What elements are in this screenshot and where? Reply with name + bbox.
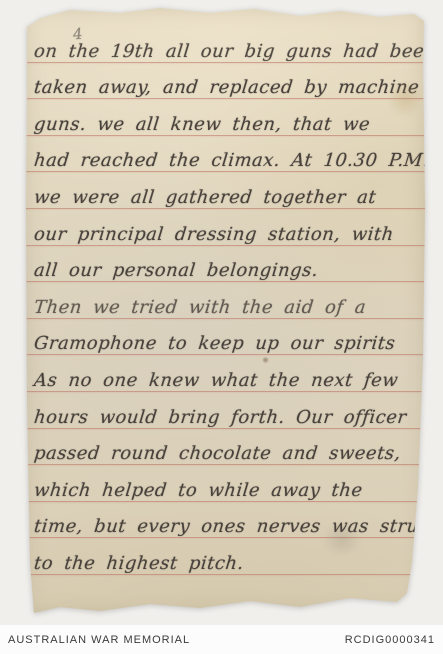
ruled-line: Gramophone to keep up our spirits: [24, 319, 425, 356]
handwritten-line: As no one knew what the next few: [33, 371, 399, 391]
handwritten-line: hours would bring forth. Our officer: [33, 408, 408, 428]
handwritten-line: Gramophone to keep up our spirits: [33, 334, 396, 354]
handwritten-line: which helped to while away the: [33, 481, 364, 501]
ruled-line: to the highest pitch.: [24, 538, 425, 575]
footer-caption-bar: AUSTRALIAN WAR MEMORIAL RCDIG0000341: [0, 625, 443, 654]
ruled-line: all our personal belongings.: [24, 246, 425, 283]
handwritten-line: our principal dressing station, with: [33, 225, 395, 245]
handwritten-line: on the 19th all our big guns had been: [33, 42, 437, 62]
ruled-line: As no one knew what the next few: [24, 355, 425, 392]
handwritten-line: taken away, and replaced by machine: [33, 78, 420, 98]
ruled-lines-area: on the 19th all our big guns had been ta…: [24, 26, 425, 575]
handwritten-line: guns. we all knew then, that we: [33, 115, 371, 135]
ruled-line: guns. we all knew then, that we: [24, 99, 425, 136]
ruled-line: our principal dressing station, with: [24, 209, 425, 246]
ruled-line: which helped to while away the: [24, 465, 425, 502]
handwritten-line: Then we tried with the aid of a: [33, 298, 367, 318]
handwritten-line: we were all gathered together at: [33, 188, 377, 208]
ruled-line: we were all gathered together at: [24, 172, 425, 209]
handwritten-line: to the highest pitch.: [33, 554, 245, 574]
ruled-line: hours would bring forth. Our officer: [24, 392, 425, 429]
ruled-line: on the 19th all our big guns had been: [24, 26, 425, 63]
handwritten-line: passed round chocolate and sweets,: [33, 444, 402, 464]
handwritten-line: had reached the climax. At 10.30 P.M.: [33, 151, 430, 171]
footer-reference-id: RCDIG0000341: [345, 634, 435, 646]
ruled-line: taken away, and replaced by machine: [24, 63, 425, 100]
paper-sheet: 4 on the 19th all our big guns had been …: [24, 7, 425, 615]
ruled-line: Then we tried with the aid of a: [24, 282, 425, 319]
ruled-line: passed round chocolate and sweets,: [24, 429, 425, 466]
scanned-page-photo: 4 on the 19th all our big guns had been …: [0, 0, 443, 654]
footer-institution: AUSTRALIAN WAR MEMORIAL: [8, 634, 190, 646]
handwritten-line: time, but every ones nerves was strung: [33, 517, 443, 537]
ruled-line: time, but every ones nerves was strung: [24, 502, 425, 539]
ruled-line: had reached the climax. At 10.30 P.M.: [24, 136, 425, 173]
handwritten-line: all our personal belongings.: [33, 261, 319, 281]
